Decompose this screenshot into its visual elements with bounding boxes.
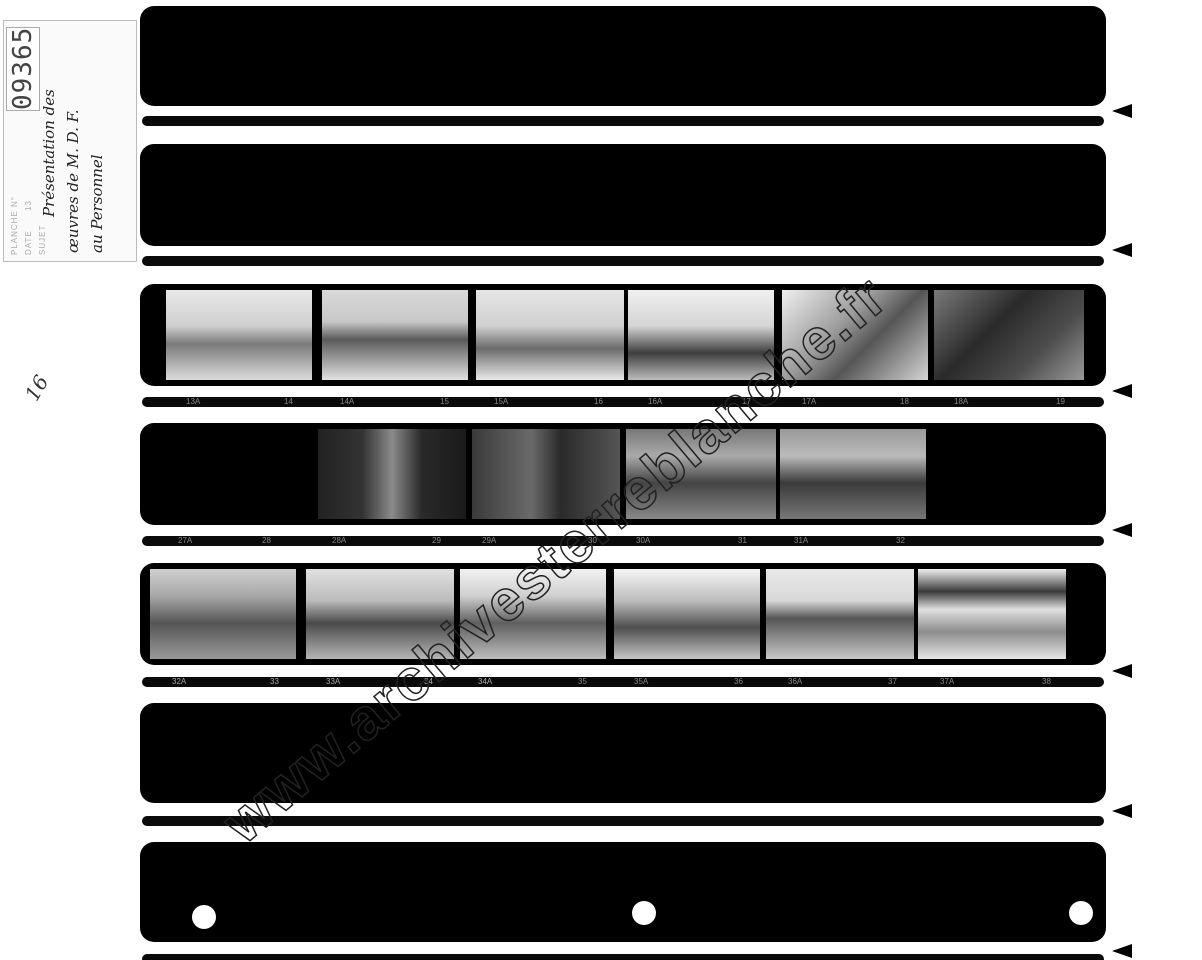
film-strip-7 — [140, 842, 1106, 942]
film-strip-4: Easel and ornamental door Ornamental doo… — [140, 423, 1106, 525]
photo-frame: Man lying above framed artwork — [918, 569, 1066, 659]
strip-marker-triangle-icon — [1112, 243, 1132, 257]
label-card: 09365 PLANCHE N° DATE 13 SUJET Présentat… — [3, 20, 137, 262]
photo-frame: Exhibition hall with ornamental panels a… — [166, 290, 312, 380]
photo-frame: Sculpture chair detail — [782, 290, 928, 380]
label-field-sujet: SUJET — [38, 225, 47, 255]
film-strip-6 — [140, 703, 1106, 803]
strip-marker-triangle-icon — [1112, 944, 1132, 958]
handwritten-side-note: 16 — [20, 371, 54, 405]
film-edge-rail-6 — [142, 816, 1104, 826]
photo-frame: Visitors lined up in gallery — [626, 429, 776, 519]
strip-marker-triangle-icon — [1112, 104, 1132, 118]
photo-frame: Showroom with car display — [614, 569, 760, 659]
photo-frame: Visitors and vase sculpture — [780, 429, 926, 519]
film-edge-rail-5: 32A 33 33A 34 34A 35 35A 36 36A 37 37A 3… — [142, 677, 1104, 687]
film-edge-rail-3: 13A 14 14A 15 15A 16 16A 17 17A 18 18A 1… — [142, 397, 1104, 407]
film-edge-rail-2 — [142, 256, 1104, 266]
strip-marker-triangle-icon — [1112, 523, 1132, 537]
photo-frame: Visitors behind rope barrier — [322, 290, 468, 380]
label-date-value: 13 — [24, 200, 33, 211]
photo-frame: Visitors near display panels by windows — [476, 290, 624, 380]
film-edge-rail-7 — [142, 954, 1104, 960]
strip-marker-triangle-icon — [1112, 664, 1132, 678]
film-strip-1 — [140, 6, 1106, 106]
photo-frame: Group photo of staff — [766, 569, 914, 659]
photo-frame: Crowd viewing panels — [628, 290, 774, 380]
film-strip-3: Exhibition hall with ornamental panels a… — [140, 284, 1106, 386]
film-strip-5: Visitors and vase in gallery Crowd near … — [140, 563, 1106, 665]
punch-hole — [632, 901, 656, 925]
photo-frame: Easel and ornamental door — [318, 429, 466, 519]
film-edge-rail-4: 27A 28 28A 29 29A 30 30A 31 31A 32 — [142, 536, 1104, 546]
label-field-date: DATE — [24, 230, 33, 255]
strip-marker-triangle-icon — [1112, 804, 1132, 818]
strip-marker-triangle-icon — [1112, 384, 1132, 398]
label-subject-line-2: œuvres de M. D. F. — [64, 110, 82, 254]
punch-hole — [192, 905, 216, 929]
film-edge-rail-1 — [142, 116, 1104, 126]
photo-frame: Ornamental doors and plants — [472, 429, 620, 519]
photo-frame: Visitors and vase in gallery — [150, 569, 296, 659]
label-field-planche: PLANCHE N° — [10, 196, 19, 255]
punch-hole — [1069, 901, 1093, 925]
film-strip-2 — [140, 144, 1106, 246]
photo-frame: Crowd near ornamental panel — [306, 569, 454, 659]
planche-number: 09365 — [6, 27, 40, 111]
photo-frame: Large hall with crowd — [460, 569, 606, 659]
label-subject-line-1: Présentation des — [40, 89, 58, 217]
label-subject-line-3: au Personnel — [88, 154, 106, 253]
photo-frame: Sculpture chair detail, dark — [934, 290, 1084, 380]
